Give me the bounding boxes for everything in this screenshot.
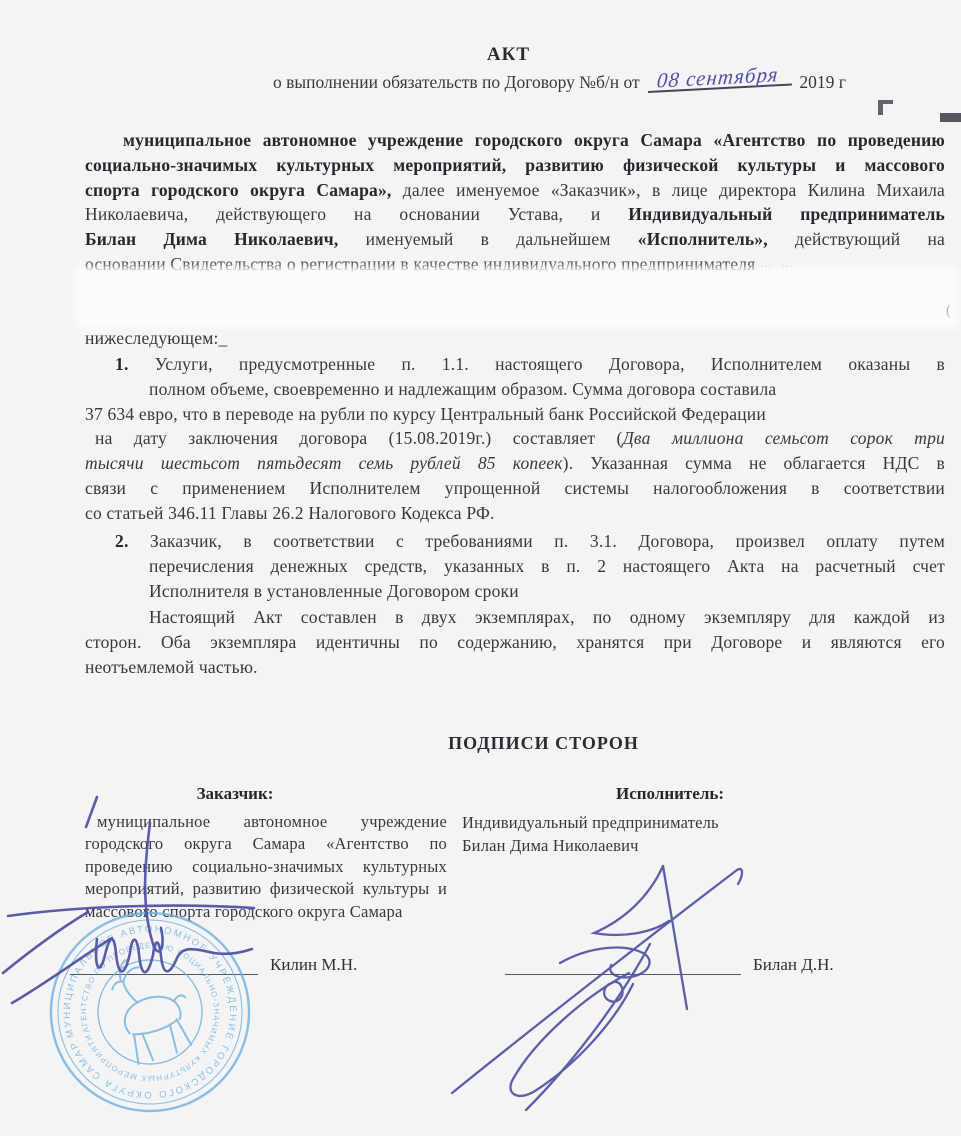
text-run: муниципальное автономное учреждение — [97, 812, 447, 831]
text-run: основании Свидетельства о регистрации в … — [85, 254, 760, 274]
stamp-mid-ring — [34, 896, 266, 1128]
text-line: связи с применением Исполнителем упрощен… — [85, 476, 945, 501]
text-run: Настоящий Акт составлен в двух экземпляр… — [149, 607, 945, 627]
text-run: Билан Дима Николаевич, — [85, 229, 338, 249]
text-run: неотъемлемой частью. — [85, 657, 258, 677]
text-line: городского округа Самара «Агентство по — [85, 833, 447, 855]
text-run: Индивидуальный предприниматель — [628, 204, 945, 224]
text-run: именуемый в дальнейшем — [338, 229, 637, 249]
svg-text:МУНИЦИПАЛЬНОЕ АВТОНОМНОЕ УЧРЕЖ: МУНИЦИПАЛЬНОЕ АВТОНОМНОЕ УЧРЕЖДЕНИЕ ГОРО… — [39, 901, 261, 1123]
text-run: нижеследующем:_ — [85, 328, 228, 348]
customer-column-header: Заказчик: — [85, 784, 385, 804]
contractor-signature — [452, 866, 742, 1110]
text-line: на дату заключения договора (15.08.2019г… — [85, 426, 945, 451]
customer-signature-line — [70, 954, 258, 975]
text-line: спорта городского округа Самара», далее … — [85, 178, 945, 203]
text-line: Исполнителя в установленные Договором ср… — [85, 579, 945, 604]
text-run: 2. — [115, 531, 129, 551]
text-line: Билан Дима Николаевич — [462, 834, 882, 857]
text-line: 2. Заказчик, в соответствии с требования… — [85, 529, 945, 554]
text-run: Заказчик, в соответствии с требованиями … — [129, 531, 945, 551]
list-item-2: 2. Заказчик, в соответствии с требования… — [85, 529, 945, 603]
preamble-end: нижеследующем:_ — [85, 326, 945, 351]
contractor-details: Индивидуальный предпринимательБилан Дима… — [462, 811, 882, 857]
text-line: 1. Услуги, предусмотренные п. 1.1. насто… — [85, 352, 945, 377]
text-run: массового спорта городского округа Самар… — [85, 902, 403, 921]
text-line: перечисления денежных средств, указанных… — [85, 554, 945, 579]
text-run: ⋯ ⋯ — [760, 259, 796, 273]
org-stamp: МУНИЦИПАЛЬНОЕ АВТОНОМНОЕ УЧРЕЖДЕНИЕ ГОРО… — [25, 887, 274, 1136]
text-line: мероприятий, развитию физической культур… — [85, 878, 447, 900]
contractor-signatory-name: Билан Д.Н. — [753, 955, 834, 974]
text-line: сторон. Оба экземпляра идентичны по соде… — [85, 630, 945, 655]
text-run: действующий на — [768, 229, 945, 249]
text-line: муниципальное автономное учреждение горо… — [85, 128, 945, 153]
text-line: полном объеме, своевременно и надлежащим… — [85, 377, 945, 402]
contractor-column-header: Исполнитель: — [460, 784, 880, 804]
text-line: проведению социально-значимых культурных — [85, 856, 447, 878]
contractor-signature-line — [505, 954, 741, 975]
text-line: тысячи шестьсот пятьдесят семь рублей 85… — [85, 451, 945, 476]
subtitle-year: 2019 г — [799, 72, 846, 92]
text-run: мероприятий, развитию физической культур… — [85, 879, 447, 898]
text-run: «Исполнитель», — [638, 229, 768, 249]
text-line: со статьей 346.11 Главы 26.2 Налогового … — [85, 501, 945, 526]
text-run: 37 634 евро, что в переводе на рубли по … — [85, 404, 766, 424]
text-run: Индивидуальный предприниматель — [462, 813, 719, 832]
text-run: проведению социально-значимых культурных — [85, 857, 447, 876]
text-run: Николаевича, действующего на основании У… — [85, 204, 628, 224]
text-run: Исполнителя в установленные Договором ср… — [149, 581, 519, 601]
text-run: тысячи шестьсот пятьдесят семь рублей 85… — [85, 453, 563, 473]
handwritten-date: 08 сентября — [648, 65, 793, 93]
text-run: муниципальное автономное учреждение горо… — [123, 130, 945, 150]
text-run: далее именуемое «Заказчик», в лице дирек… — [392, 180, 945, 200]
intro-paragraph: муниципальное автономное учреждение горо… — [85, 128, 945, 279]
subtitle-text: о выполнении обязательств по Договору №б… — [273, 72, 640, 92]
text-run: со статьей 346.11 Главы 26.2 Налогового … — [85, 503, 495, 523]
text-line: массового спорта городского округа Самар… — [85, 901, 447, 923]
text-run: Услуги, предусмотренные п. 1.1. настояще… — [129, 354, 945, 374]
customer-signatory-name: Килин М.Н. — [270, 955, 357, 974]
text-run: Два миллиона семьсот сорок три — [623, 428, 945, 448]
text-run: связи с применением Исполнителем упрощен… — [85, 478, 945, 498]
signatures-heading: ПОДПИСИ СТОРОН — [63, 733, 961, 754]
customer-details: муниципальное автономное учреждениегород… — [85, 811, 447, 923]
text-line: муниципальное автономное учреждение — [85, 811, 447, 833]
text-run: социально-значимых культурных мероприяти… — [85, 155, 945, 175]
text-line: социально-значимых культурных мероприяти… — [85, 153, 945, 178]
text-run: Билан Дима Николаевич — [462, 836, 639, 855]
text-run: спорта городского округа Самара», — [85, 180, 392, 200]
text-line: 37 634 евро, что в переводе на рубли по … — [85, 402, 945, 427]
text-line: неотъемлемой частью. — [85, 655, 945, 680]
text-run: полном объеме, своевременно и надлежащим… — [149, 379, 776, 399]
text-line: Индивидуальный предприниматель — [462, 811, 882, 834]
redacted-area — [80, 272, 954, 324]
list-item-1: 1. Услуги, предусмотренные п. 1.1. насто… — [85, 352, 945, 526]
document-subtitle: о выполнении обязательств по Договору №б… — [79, 72, 961, 93]
text-run: 1. — [115, 354, 129, 374]
text-run: на дату заключения договора (15.08.2019г… — [95, 428, 623, 448]
closing-paragraph: Настоящий Акт составлен в двух экземпляр… — [85, 605, 945, 679]
customer-signature-row: Килин М.Н. — [70, 954, 357, 975]
text-run: ). Указанная сумма не облагается НДС в — [563, 453, 945, 473]
text-line: нижеследующем:_ — [85, 326, 945, 351]
text-line: Настоящий Акт составлен в двух экземпляр… — [85, 605, 945, 630]
text-line: Билан Дима Николаевич, именуемый в дальн… — [85, 227, 945, 252]
stamp-outer-ring — [25, 887, 274, 1136]
stamp-inner-text: АГЕНТСТВО ПО ПРОВЕДЕНИЮ СОЦИАЛЬНО-ЗНАЧИМ… — [60, 922, 239, 1101]
text-run: перечисления денежных средств, указанных… — [149, 556, 945, 576]
text-run: городского округа Самара «Агентство по — [85, 834, 447, 853]
text-line: Николаевича, действующего на основании У… — [85, 202, 945, 227]
stamp-outer-text: МУНИЦИПАЛЬНОЕ АВТОНОМНОЕ УЧРЕЖДЕНИЕ ГОРО… — [39, 901, 261, 1123]
document-title: АКТ — [28, 44, 961, 66]
svg-text:АГЕНТСТВО ПО ПРОВЕДЕНИЮ СОЦИАЛ: АГЕНТСТВО ПО ПРОВЕДЕНИЮ СОЦИАЛЬНО-ЗНАЧИМ… — [60, 922, 239, 1101]
contractor-signature-row: Билан Д.Н. — [505, 954, 834, 975]
text-run: сторон. Оба экземпляра идентичны по соде… — [85, 632, 945, 652]
scanned-act-document: { "colors":{"paper":"#f4f4f5","ink":"#37… — [0, 0, 961, 1136]
